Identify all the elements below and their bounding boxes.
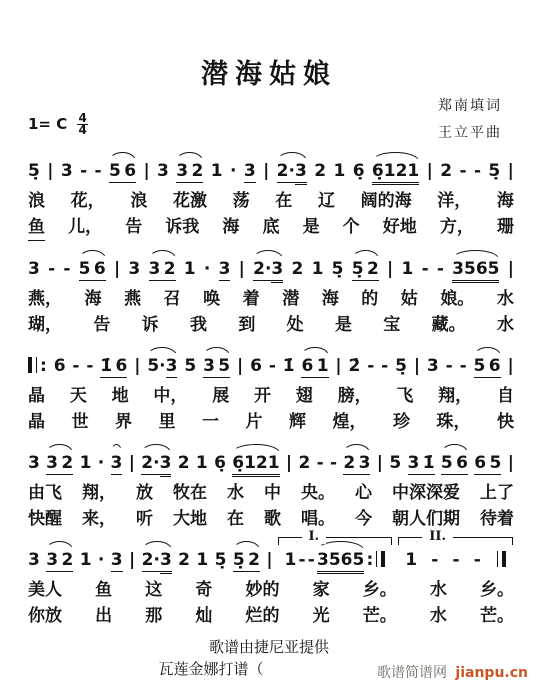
note: 5̣ bbox=[395, 356, 407, 376]
note: 3 bbox=[111, 453, 123, 475]
dash-note: - bbox=[86, 356, 93, 376]
note: 2·3 bbox=[141, 453, 171, 477]
note: 3 bbox=[427, 356, 439, 376]
lyrics-row-2: 你放出那灿烂的光芒。水芒。 bbox=[26, 603, 516, 629]
lyric-word: 辉 bbox=[289, 409, 306, 435]
lyric-word: 处 bbox=[287, 312, 304, 338]
note: 1 bbox=[333, 161, 345, 181]
lyric-word: 浪 bbox=[28, 188, 45, 214]
lyric-word: 燕， bbox=[28, 286, 62, 312]
rep-end-sign: : bbox=[366, 550, 385, 570]
note: 1 bbox=[405, 550, 417, 570]
lyric-word: 片 bbox=[246, 409, 263, 435]
lyric-word: 鱼 bbox=[95, 577, 112, 603]
note: 2·3 bbox=[253, 259, 283, 283]
note: 2 bbox=[178, 453, 190, 473]
barline: | bbox=[427, 161, 433, 181]
lyric-word: 晶 bbox=[28, 409, 45, 435]
note: 3 bbox=[111, 550, 123, 572]
note: 2 bbox=[178, 550, 190, 570]
music-line: 33 21·3|2·3215̣5̣ 2|I.1--3565:II.1---美人鱼… bbox=[26, 537, 516, 629]
note: 2 bbox=[298, 453, 310, 473]
song-title: 潜海姑娘 bbox=[0, 52, 538, 91]
note: 2·3 bbox=[142, 550, 172, 574]
lyric-word: 上了 bbox=[480, 480, 514, 506]
note: 1 bbox=[80, 453, 92, 473]
note: 3 bbox=[28, 453, 40, 473]
note: 1 bbox=[211, 161, 223, 181]
lyric-word: 水 bbox=[497, 286, 514, 312]
lyric-word: 水 bbox=[430, 603, 447, 629]
lyric-word: 是 bbox=[303, 214, 320, 241]
lyric-word: 由飞 bbox=[28, 480, 62, 506]
lyric-word: 翔， bbox=[82, 480, 116, 506]
note: 6̣ bbox=[214, 453, 226, 473]
dash-note: - bbox=[72, 356, 79, 376]
lyric-word: 晶 bbox=[28, 383, 45, 409]
lyric-word: 自 bbox=[497, 383, 514, 409]
dash-note: - bbox=[269, 356, 276, 376]
lyric-word: 今 bbox=[355, 506, 372, 532]
dash-note: - bbox=[317, 453, 324, 473]
dash-note: - bbox=[80, 161, 87, 181]
note: · bbox=[98, 550, 104, 570]
sheet-music-page: 潜海姑娘 郑南填词 王立平曲 1= C 4 4 5̣|3--5 6|33 21·… bbox=[0, 0, 538, 695]
barline: | bbox=[129, 453, 135, 473]
note: 5 bbox=[389, 453, 401, 473]
lyric-word: 是 bbox=[335, 312, 352, 338]
lyric-word: 歌 bbox=[264, 506, 281, 532]
note: 1̇ 6 bbox=[100, 356, 127, 378]
note: 6̣121 bbox=[372, 161, 419, 185]
barline: | bbox=[237, 356, 243, 376]
note: 6 5 bbox=[474, 453, 501, 475]
note: 2 bbox=[440, 161, 452, 181]
lyric-word: 乡。 bbox=[480, 577, 514, 603]
volta-section: II.1--- bbox=[396, 550, 515, 570]
lyric-word: 奇 bbox=[195, 577, 212, 603]
note: 2 bbox=[314, 161, 326, 181]
dash-note: - bbox=[459, 161, 466, 181]
barline: | bbox=[507, 356, 513, 376]
note: 6̣ bbox=[353, 161, 365, 181]
barline: | bbox=[143, 161, 149, 181]
note: 3 2 bbox=[176, 161, 203, 183]
notes-row: 33 21·3|2·3215̣5̣ 2|I.1--3565:II.1--- bbox=[26, 537, 516, 577]
lyric-word: 界 bbox=[115, 409, 132, 435]
footer-provider: 歌谱由捷尼亚提供 bbox=[0, 636, 538, 658]
music-line: 33 21·3|2·3216̣6̣121|2--2 3|53 1̇5 66 5|… bbox=[26, 440, 516, 532]
notes-row: 3--5 6|33 21·3|2·3215̣5̣ 2|1--3565| bbox=[26, 246, 516, 286]
notes-row: :6--1̇ 6|5·353 5|6-1̇6 1|2̇--5̣|3--5 6| bbox=[26, 343, 516, 383]
lyric-word: 快 bbox=[497, 409, 514, 435]
lyric-word: 海 bbox=[222, 214, 239, 241]
dash-note: - bbox=[474, 550, 481, 570]
dash-note: - bbox=[63, 259, 70, 279]
watermark-url[interactable]: jianpu.cn bbox=[455, 665, 528, 681]
lyric-word: 中 bbox=[264, 480, 281, 506]
lyric-word: 心 bbox=[355, 480, 372, 506]
barline: | bbox=[387, 259, 393, 279]
barline: | bbox=[134, 356, 140, 376]
note: 5̣ bbox=[215, 550, 227, 570]
lyric-word: 宝 bbox=[383, 312, 400, 338]
note: 5̣ bbox=[28, 161, 40, 181]
lyric-word: 煌， bbox=[333, 409, 367, 435]
lyric-word: 放 bbox=[136, 480, 153, 506]
lyric-word: 膀， bbox=[338, 383, 372, 409]
lyricist-credit: 郑南填词 bbox=[438, 93, 502, 120]
lyric-word: 到 bbox=[238, 312, 255, 338]
dash-note: - bbox=[308, 550, 315, 570]
note: 1 bbox=[312, 259, 324, 279]
note: 3 bbox=[61, 161, 73, 181]
note: 6 bbox=[250, 356, 262, 376]
measure-group: 3--5 6|33 21·3|2·3215̣5̣ 2|1--3565| bbox=[27, 259, 515, 283]
credits: 郑南填词 王立平曲 bbox=[438, 93, 502, 147]
note: 5 6 bbox=[474, 356, 501, 378]
measure-group: :6--1̇ 6|5·353 5|6-1̇6 1|2̇--5̣|3--5 6| bbox=[27, 356, 515, 378]
dash-note: - bbox=[381, 356, 388, 376]
note: 5̣ bbox=[332, 259, 344, 279]
dash-note: - bbox=[95, 161, 102, 181]
barline: | bbox=[414, 356, 420, 376]
notes-row: 33 21·3|2·3216̣6̣121|2--2 3|53 1̇5 66 5| bbox=[26, 440, 516, 480]
lyric-word: 潜 bbox=[282, 286, 299, 312]
lyrics-row-2: 鱼儿，告诉我海底是个好地方，珊 bbox=[26, 214, 516, 241]
volta-section: I.1--3565: bbox=[276, 550, 395, 574]
key-signature: 1= C 4 4 bbox=[28, 113, 88, 136]
note: 2 3 bbox=[343, 453, 370, 475]
barline: | bbox=[129, 550, 135, 570]
note: 3 bbox=[28, 259, 40, 279]
lyric-word: 翔， bbox=[438, 383, 472, 409]
note: 2·3 bbox=[277, 161, 307, 185]
barline: | bbox=[114, 259, 120, 279]
note: 3 bbox=[157, 161, 169, 181]
lyric-word: 中深深爱 bbox=[392, 480, 460, 506]
lyric-word: 告 bbox=[125, 214, 142, 241]
lyric-word: 你放 bbox=[28, 603, 62, 629]
lyric-word: 待着 bbox=[480, 506, 514, 532]
barline: | bbox=[286, 453, 292, 473]
lyrics-row-1: 美人鱼这奇妙的家乡。水乡。 bbox=[26, 577, 516, 603]
barline: | bbox=[47, 161, 53, 181]
lyric-word: 唤 bbox=[203, 286, 220, 312]
lyrics-row-1: 由飞翔，放牧在水中央。心中深深爱上了 bbox=[26, 480, 516, 506]
barline: | bbox=[377, 453, 383, 473]
dash-note: - bbox=[48, 259, 55, 279]
lyric-word: 家 bbox=[313, 577, 330, 603]
lyric-word: 来， bbox=[82, 506, 116, 532]
lyric-word: 在 bbox=[227, 506, 244, 532]
note: 5 6 bbox=[109, 161, 136, 183]
note: 2̇ bbox=[349, 356, 361, 376]
note: 3 bbox=[128, 259, 140, 279]
music-line: :6--1̇ 6|5·353 5|6-1̇6 1|2̇--5̣|3--5 6|晶… bbox=[26, 343, 516, 435]
lyric-word: 一 bbox=[202, 409, 219, 435]
composer-credit: 王立平曲 bbox=[438, 120, 502, 147]
lyric-word: 着 bbox=[243, 286, 260, 312]
lyric-word: 水 bbox=[430, 577, 447, 603]
note: 3565 bbox=[317, 550, 364, 574]
lyric-word: 里 bbox=[159, 409, 176, 435]
dash-note: - bbox=[422, 259, 429, 279]
rep-start-sign: : bbox=[28, 356, 47, 376]
lyric-word: 洋， bbox=[437, 188, 471, 214]
lyric-word: 藏。 bbox=[432, 312, 466, 338]
lyric-word: 在 bbox=[275, 188, 292, 214]
music-line: 3--5 6|33 21·3|2·3215̣5̣ 2|1--3565|燕，海燕召… bbox=[26, 246, 516, 338]
lyric-word: 听 bbox=[136, 506, 153, 532]
lyric-word: 飞 bbox=[396, 383, 413, 409]
lyric-word: 告 bbox=[93, 312, 110, 338]
barline: | bbox=[239, 259, 245, 279]
note: 1 bbox=[80, 550, 92, 570]
time-signature: 4 4 bbox=[77, 113, 87, 136]
note: 5 bbox=[184, 356, 196, 376]
watermark: 歌谱简谱网 jianpu.cn bbox=[377, 662, 528, 682]
measure-group: 33 21·3|2·3216̣6̣121|2--2 3|53 1̇5 66 5| bbox=[27, 453, 515, 477]
lyric-word: 的 bbox=[361, 286, 378, 312]
measure-group: 5̣|3--5 6|33 21·3|2·3216̣6̣121|2--5̣| bbox=[27, 161, 515, 185]
lyric-word: 召 bbox=[164, 286, 181, 312]
note: 3565 bbox=[452, 259, 499, 283]
lyric-word: 中， bbox=[153, 383, 187, 409]
note: 5̣ bbox=[488, 161, 500, 181]
note: 5 6 bbox=[441, 453, 468, 475]
lyric-word: 花激 bbox=[173, 188, 207, 214]
note: 5̣ 2 bbox=[352, 259, 379, 281]
note: 1 bbox=[401, 259, 413, 279]
lyric-word: 燕 bbox=[124, 286, 141, 312]
note: · bbox=[230, 161, 236, 181]
lyric-word: 海 bbox=[497, 188, 514, 214]
lyric-word: 海 bbox=[85, 286, 102, 312]
note: 3 bbox=[244, 161, 256, 183]
lyric-word: 水 bbox=[497, 312, 514, 338]
lyric-word: 浪 bbox=[130, 188, 147, 214]
key-text: 1= C bbox=[28, 115, 67, 133]
lyric-word: 儿， bbox=[68, 214, 102, 241]
barline: | bbox=[266, 550, 272, 570]
lyric-word: 底 bbox=[262, 214, 279, 241]
lyric-word: 荡 bbox=[233, 188, 250, 214]
lyric-word: 海 bbox=[322, 286, 339, 312]
barline: | bbox=[508, 161, 514, 181]
note: 6 1 bbox=[301, 356, 328, 378]
lyric-word: 乡。 bbox=[363, 577, 397, 603]
lyrics-row-1: 燕，海燕召唤着潜海的姑娘。水 bbox=[26, 286, 516, 312]
volta-label: I. bbox=[302, 529, 327, 544]
lyric-word: 珊 bbox=[497, 214, 514, 241]
note: · bbox=[204, 259, 210, 279]
lyric-word: 辽 bbox=[318, 188, 335, 214]
lyric-word: 灿 bbox=[195, 603, 212, 629]
note: 3 bbox=[28, 550, 40, 570]
dash-note: - bbox=[330, 453, 337, 473]
lyric-word: 个 bbox=[343, 214, 360, 241]
note: 1 bbox=[196, 550, 208, 570]
note: 6̣121 bbox=[232, 453, 279, 477]
lyric-word: 妙的 bbox=[246, 577, 280, 603]
lyric-word: 芒。 bbox=[480, 603, 514, 629]
rep-final-sign bbox=[495, 550, 506, 570]
barline: | bbox=[508, 453, 514, 473]
note: 5·3 bbox=[147, 356, 177, 378]
volta-label: II. bbox=[422, 529, 453, 544]
lyrics-row-2: 瑚，告诉我到处是宝藏。水 bbox=[26, 312, 516, 338]
note: · bbox=[98, 453, 104, 473]
note: 1 bbox=[196, 453, 208, 473]
lyric-word: 牧在 bbox=[173, 480, 207, 506]
lyric-word: 世 bbox=[72, 409, 89, 435]
time-signature-denominator: 4 bbox=[77, 125, 87, 136]
barline: | bbox=[263, 161, 269, 181]
lyric-word: 出 bbox=[95, 603, 112, 629]
dash-note: - bbox=[460, 356, 467, 376]
dash-note: - bbox=[453, 550, 460, 570]
lyric-word: 鱼 bbox=[28, 214, 45, 241]
watermark-site: 歌谱简谱网 bbox=[377, 665, 447, 681]
lyric-word: 花， bbox=[71, 188, 105, 214]
lyric-word: 展 bbox=[212, 383, 229, 409]
dash-note: - bbox=[431, 550, 438, 570]
lyric-word: 地 bbox=[112, 383, 129, 409]
note: 6 bbox=[54, 356, 66, 376]
lyric-word: 翅 bbox=[296, 383, 313, 409]
lyric-word: 珠， bbox=[437, 409, 471, 435]
note: 3 1̇ bbox=[408, 453, 435, 475]
lyric-word: 光 bbox=[313, 603, 330, 629]
lyrics-row-2: 晶世界里一片辉煌，珍珠，快 bbox=[26, 409, 516, 435]
note: 1 bbox=[184, 259, 196, 279]
lyric-word: 水 bbox=[227, 480, 244, 506]
lyric-word: 阔的海 bbox=[361, 188, 412, 214]
barline: | bbox=[508, 259, 514, 279]
note: 3 5 bbox=[203, 356, 230, 378]
lyric-word: 珍 bbox=[393, 409, 410, 435]
lyric-word: 大地 bbox=[173, 506, 207, 532]
lyric-word: 那 bbox=[145, 603, 162, 629]
lyrics-row-1: 晶天地中，展开翅膀，飞翔，自 bbox=[26, 383, 516, 409]
note: 1 bbox=[285, 550, 297, 570]
lyric-word: 方， bbox=[440, 214, 474, 241]
lyrics-row-1: 浪花，浪花激荡在辽阔的海洋，海 bbox=[26, 188, 516, 214]
dash-note: - bbox=[299, 550, 306, 570]
measure-group: 33 21·3|2·3215̣5̣ 2| bbox=[27, 550, 274, 574]
lyric-word: 娘。 bbox=[440, 286, 474, 312]
lyric-word: 这 bbox=[145, 577, 162, 603]
lyric-word: 好地 bbox=[383, 214, 417, 241]
lyric-word: 姑 bbox=[401, 286, 418, 312]
lyric-word: 央。 bbox=[301, 480, 335, 506]
lyric-word: 天 bbox=[70, 383, 87, 409]
notes-row: 5̣|3--5 6|33 21·3|2·3216̣6̣121|2--5̣| bbox=[26, 148, 516, 188]
note: 1̇ bbox=[283, 356, 295, 376]
music-line: 5̣|3--5 6|33 21·3|2·3216̣6̣121|2--5̣|浪花，… bbox=[26, 148, 516, 241]
score: 5̣|3--5 6|33 21·3|2·3216̣6̣121|2--5̣|浪花，… bbox=[26, 148, 516, 634]
note: 3 2 bbox=[46, 453, 73, 475]
dash-note: - bbox=[474, 161, 481, 181]
lyric-word: 烂的 bbox=[246, 603, 280, 629]
lyric-word: 美人 bbox=[28, 577, 62, 603]
lyric-word: 芒。 bbox=[363, 603, 397, 629]
dash-note: - bbox=[446, 356, 453, 376]
dash-note: - bbox=[437, 259, 444, 279]
note: 3 bbox=[219, 259, 231, 281]
note: 5 6 bbox=[79, 259, 106, 281]
lyric-word: 诉 bbox=[142, 312, 159, 338]
note: 2 bbox=[292, 259, 304, 279]
barline: | bbox=[335, 356, 341, 376]
note: 5̣ 2 bbox=[233, 550, 260, 572]
note: 3 2 bbox=[46, 550, 73, 572]
lyric-word: 开 bbox=[254, 383, 271, 409]
lyric-word: 我 bbox=[190, 312, 207, 338]
lyric-word: 诉我 bbox=[165, 214, 199, 241]
lyric-word: 快醒 bbox=[28, 506, 62, 532]
dash-note: - bbox=[367, 356, 374, 376]
lyric-word: 瑚， bbox=[28, 312, 62, 338]
note: 3 2 bbox=[149, 259, 176, 281]
